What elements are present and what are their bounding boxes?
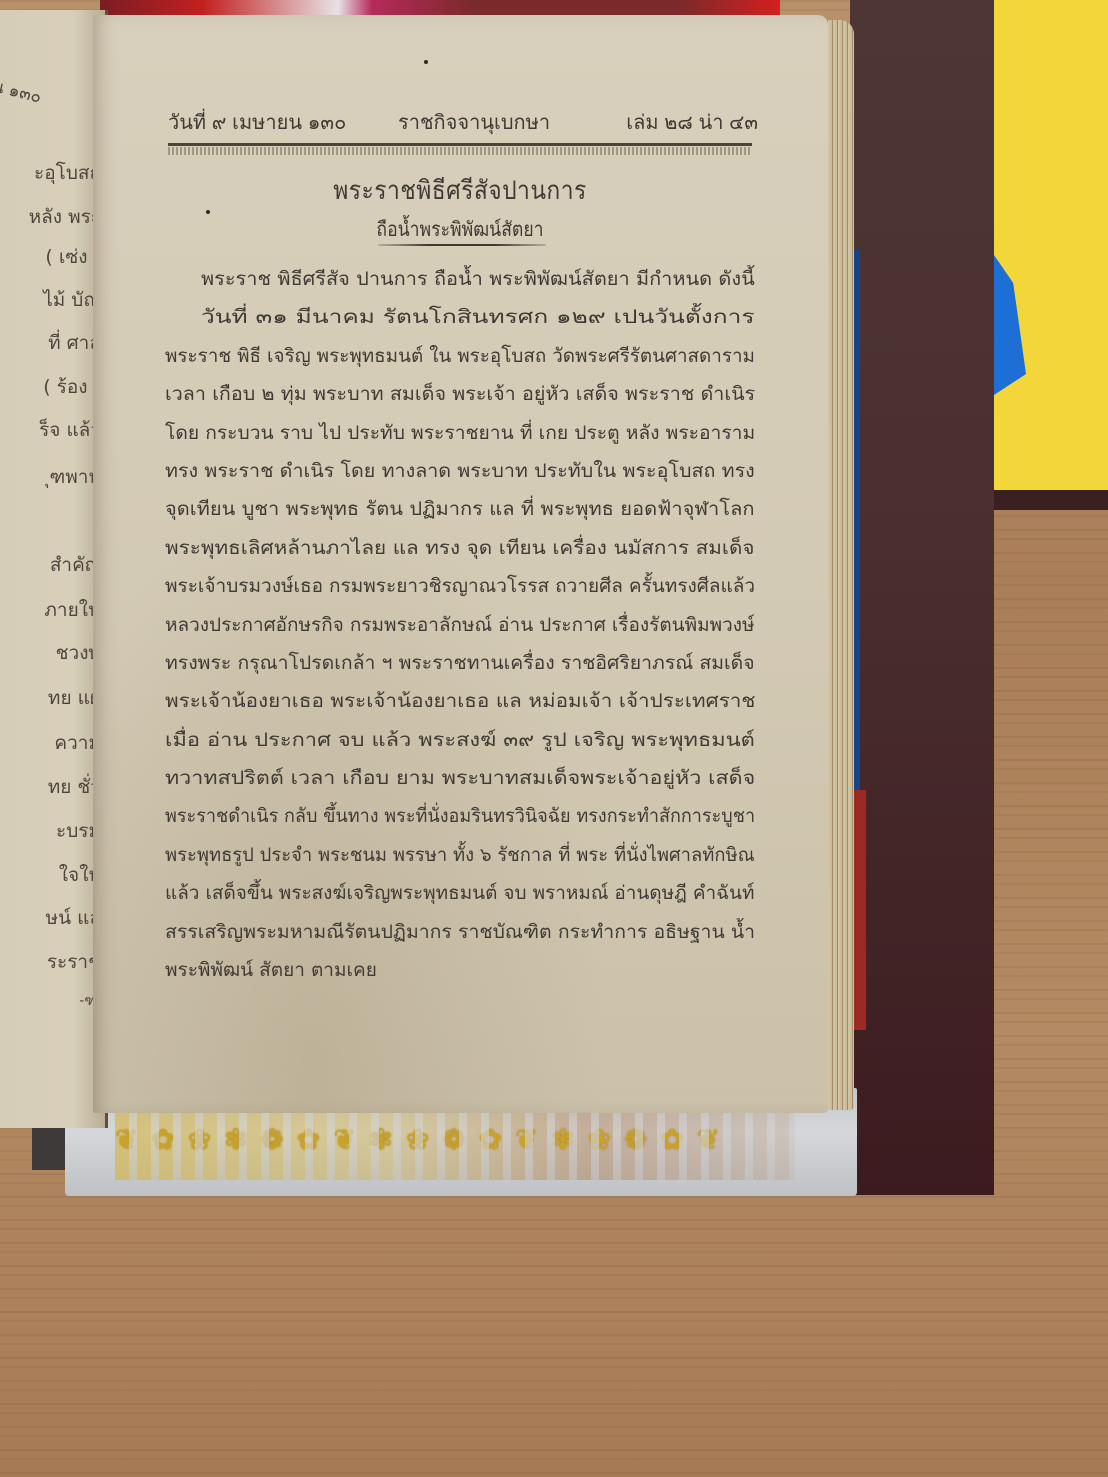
header-ornament-rule (168, 147, 752, 155)
body-line: แล้ว เสด็จขึ้น พระสงฆ์เจริญพระพุทธมนต์ จ… (165, 874, 755, 912)
body-line: พระพุทธเลิศหล้านภาไลย แล ทรง จุด เทียน เ… (165, 529, 755, 567)
body-line: ทรงพระ กรุณาโปรดเกล้า ฯ พระราชทานเครื่อง… (165, 644, 755, 682)
running-head: วันที่ ๙ เมษายน ๑๓๐ ราชกิจจานุเบกษา เล่ม… (168, 106, 758, 140)
body-line: เมื่อ อ่าน ประกาศ จบ แล้ว พระสงฆ์ ๓๙ รูป… (165, 721, 755, 759)
subtitle-rule (378, 244, 546, 246)
red-book-edge (852, 790, 866, 1030)
yellow-book-cover (994, 0, 1108, 490)
facing-line: ร็จ แล้ว (39, 415, 101, 445)
body-line: พระราช พิธี เจริญ พระพุทธมนต์ ใน พระอุโบ… (165, 337, 755, 375)
body-line: พระพุทธรูป ประจำ พระชนม พรรษา ทั้ง ๖ รัช… (165, 836, 755, 874)
body-line: เวลา เกือบ ๒ ทุ่ม พระบาท สมเด็จ พระเจ้า … (165, 375, 755, 413)
body-line: วันที่ ๓๑ มีนาคม รัตนโกสินทรศก ๑๒๙ เปนวั… (165, 298, 755, 336)
publication-name: ราชกิจจานุเบกษา (398, 106, 568, 138)
body-line: สรรเสริญพระมหามณีรัตนปฏิมากร ราชบัณฑิต ก… (165, 913, 755, 951)
issue-date: วันที่ ๙ เมษายน ๑๓๐ (168, 106, 368, 138)
maroon-book-cover (850, 0, 994, 1195)
paper-speck (424, 60, 428, 64)
facing-page-header: น ๑๓๐ (0, 72, 44, 110)
facing-line: หลัง พระ (29, 202, 101, 232)
article-subtitle: ถือน้ำพระพิพัฒน์สัตยา (203, 213, 717, 245)
facing-page: น ๑๓๐ ะอุโบสถ หลัง พระ ( เซ่ง ) ไม้ บัณ … (0, 10, 108, 1128)
body-line: ทรง พระราช ดำเนิร โดย ทางลาด พระบาท ประท… (165, 452, 755, 490)
body-line: พระเจ้าน้องยาเธอ พระเจ้าน้องยาเธอ แล หม่… (165, 682, 755, 720)
body-line: จุดเทียน บูชา พระพุทธ รัตน ปฏิมากร แล ที… (165, 490, 755, 528)
header-rule (168, 143, 752, 146)
body-line: พระราช พิธีศรีสัจ ปานการ ถือน้ำ พระพิพัฒ… (165, 260, 755, 298)
body-line: พระราชดำเนิร กลับ ขึ้นทาง พระที่นั่งอมริ… (165, 797, 755, 835)
body-line: พระพิพัฒน์ สัตยา ตามเคย (165, 951, 755, 989)
body-line: หลวงประกาศอักษรกิจ กรมพระอาลักษณ์ อ่าน ป… (165, 606, 755, 644)
yellow-book-edge (994, 490, 1108, 510)
article-body: พระราช พิธีศรีสัจ ปานการ ถือน้ำ พระพิพัฒ… (165, 260, 755, 989)
facing-line: ะอุโบสถ (34, 158, 101, 188)
volume-page: เล่ม ๒๘ น่า ๔๓ (598, 106, 758, 138)
body-line: พระเจ้าบรมวงษ์เธอ กรมพระยาวชิรญาณวโรรส ถ… (165, 567, 755, 605)
article-title: พระราชพิธีศรีสัจปานการ (203, 170, 717, 211)
body-line: ทวาทสปริตต์ เวลา เกือบ ยาม พระบาทสมเด็จพ… (165, 759, 755, 797)
body-line: โดย กระบวน ราบ ไป ประทับ พระราชยาน ที่ เ… (165, 414, 755, 452)
